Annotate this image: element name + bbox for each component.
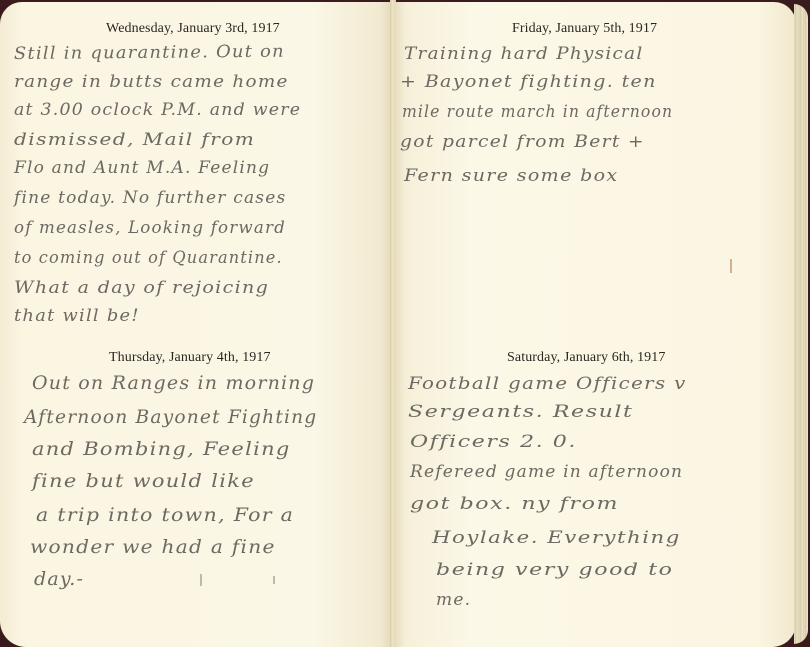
handwritten-line: to coming out of Quarantine.	[14, 248, 283, 268]
handwritten-line: What a day of rejoicing	[14, 278, 269, 298]
handwritten-line: got box. ny from	[410, 494, 619, 514]
handwritten-line: fine today. No further cases	[14, 188, 286, 208]
handwritten-line: got parcel from Bert +	[400, 132, 645, 152]
entry-date-heading: Wednesday, January 3rd, 1917	[106, 21, 280, 37]
page-edges	[794, 4, 808, 644]
handwritten-line: Sergeants. Result	[408, 402, 633, 422]
handwritten-line: Out on Ranges in morning	[32, 372, 315, 394]
pencil-mark	[273, 576, 275, 584]
handwritten-line: and Bombing, Feeling	[32, 438, 291, 460]
handwritten-line: Afternoon Bayonet Fighting	[24, 406, 317, 428]
handwritten-line: Football game Officers v	[408, 374, 687, 394]
handwritten-line: wonder we had a fine	[30, 536, 276, 558]
handwritten-line: that will be!	[14, 306, 140, 326]
left-page: Wednesday, January 3rd, 1917 Still in qu…	[0, 2, 392, 647]
stray-mark	[730, 259, 732, 273]
handwritten-line: range in butts came home	[14, 72, 289, 92]
handwritten-line: Still in quarantine. Out on	[14, 42, 285, 64]
handwritten-line: of measles, Looking forward	[14, 218, 286, 238]
handwritten-line: + Bayonet fighting. ten	[400, 72, 657, 92]
handwritten-line: mile route march in afternoon	[402, 102, 673, 122]
entry-date-heading: Friday, January 5th, 1917	[512, 21, 657, 37]
handwritten-line: day.-	[34, 568, 84, 590]
handwritten-line: Fern sure some box	[404, 166, 619, 186]
pencil-mark	[200, 574, 202, 586]
handwritten-line: Training hard Physical	[404, 44, 644, 64]
entry-date-heading: Saturday, January 6th, 1917	[507, 350, 665, 366]
handwritten-line: a trip into town, For a	[36, 504, 294, 526]
handwritten-line: Officers 2. 0.	[410, 432, 577, 452]
handwritten-line: fine but would like	[32, 470, 255, 492]
right-page: Friday, January 5th, 1917 Training hard …	[394, 2, 796, 647]
handwritten-line: being very good to	[436, 560, 674, 580]
handwritten-line: me.	[436, 590, 471, 610]
handwritten-line: Refereed game in afternoon	[410, 462, 683, 482]
handwritten-line: Flo and Aunt M.A. Feeling	[14, 158, 270, 178]
entry-date-heading: Thursday, January 4th, 1917	[109, 350, 271, 366]
handwritten-line: dismissed, Mail from	[14, 130, 255, 150]
handwritten-line: at 3.00 oclock P.M. and were	[14, 100, 301, 120]
handwritten-line: Hoylake. Everything	[432, 528, 681, 548]
